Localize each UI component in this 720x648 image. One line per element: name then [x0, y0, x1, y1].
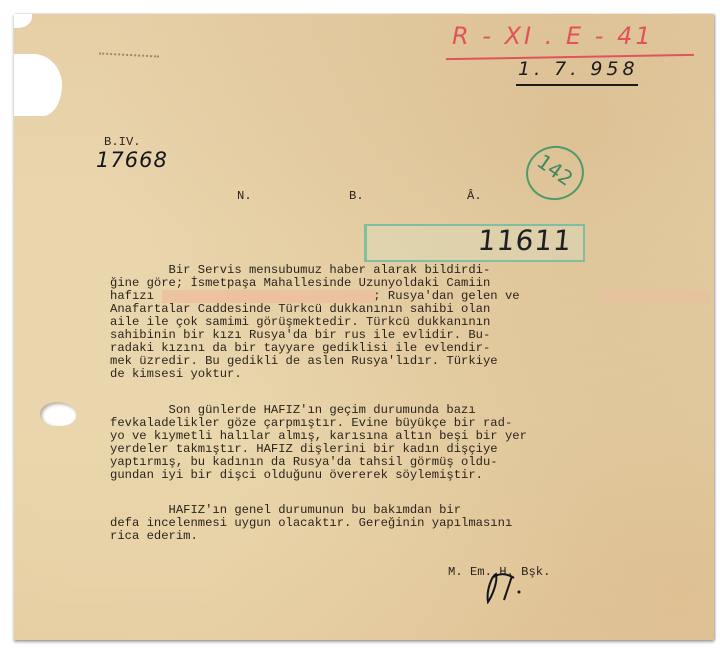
- paragraph-2-line-6: gundan iyi bir dişci olduğunu övererek s…: [110, 469, 483, 482]
- torn-edge: [14, 54, 62, 116]
- torn-corner: [14, 14, 32, 28]
- handwritten-signature: [484, 570, 524, 604]
- reference-number: 17668: [96, 148, 168, 172]
- header-letter-n: N.: [237, 190, 252, 203]
- paper-crease: [99, 52, 159, 63]
- paragraph-1-line-9: de kimsesi yoktur.: [110, 368, 242, 381]
- archive-date: 1. 7. 958: [518, 58, 639, 80]
- archive-date-underline: [516, 84, 638, 86]
- stamp-number: 11611: [476, 224, 574, 257]
- redaction-bar: [600, 290, 710, 303]
- archive-code: R - XI . E - 41: [452, 22, 654, 50]
- paragraph-3-line-3: rica ederim.: [110, 530, 198, 543]
- punch-hole: [40, 402, 76, 426]
- header-letter-b: B.: [349, 190, 364, 203]
- redaction-bar: [162, 290, 376, 303]
- header-letter-a: Â.: [467, 190, 482, 203]
